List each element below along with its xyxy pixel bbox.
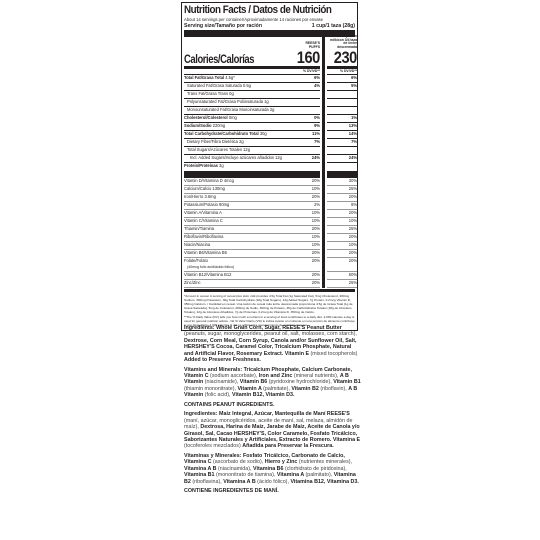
vitamin-dv-cereal: 20% — [312, 258, 320, 271]
nutrient-label: Dietary Fiber/Fibra Dietética — [187, 139, 238, 144]
calories-cereal: 160 — [297, 50, 320, 66]
nutrient-dv-milk: 7% — [327, 139, 357, 147]
nutrient-name: Dietary Fiber/Fibra Dietética 2g — [187, 139, 314, 146]
vitamin-dv-milk: 10% — [327, 242, 357, 250]
vitamin-dv-milk: 8% — [327, 202, 357, 210]
nutrient-name: Total Fat/Grasa Total 4.5g* — [184, 75, 314, 82]
nutrient-amount: 3g — [219, 163, 224, 168]
vitamin-list: Vitamin D/Vitamina D 4mcg20%Calcium/Calc… — [184, 178, 320, 288]
nutrient-dv-cereal: 0% — [314, 115, 320, 122]
allergen-english: CONTAINS PEANUT INGREDIENTS. — [184, 402, 362, 408]
nutrient-dv-milk — [327, 99, 357, 107]
ingredient-detail: (mononitrato de tiamina), — [216, 472, 277, 478]
ingredients-english: Ingredients: Whole Grain Corn, Sugar, RE… — [184, 325, 362, 363]
nutrient-amount: 12g — [275, 155, 282, 160]
label-title: Nutrition Facts / Datos de Nutrición — [184, 4, 331, 17]
nutrient-dv-cereal: 6% — [314, 75, 320, 82]
ingredient-detail: (niacinamide), — [205, 379, 240, 385]
nutrient-dv-cereal: 4% — [314, 83, 320, 90]
vitamin-name: Folate/Folato(40mcg folic acid/ácido fól… — [184, 258, 234, 271]
nutrient-row: Saturated Fat/Grasa Saturada 0.5g4% — [184, 83, 320, 91]
vitamin-dv-cereal: 20% — [312, 178, 320, 185]
ingredient-detail: (pyridoxine hydrochloride), — [269, 379, 333, 385]
ingredient-detail: (palmitate), — [263, 386, 291, 392]
nutrient-dv-cereal: 24% — [312, 155, 320, 162]
vitamin-name: Niacin/Niacina — [184, 242, 210, 249]
vitamins-minerals-english: Vitamins and Minerals: Tricalcium Phosph… — [184, 367, 362, 399]
serving-size: Serving size/Tamaño por ración 1 cup/1 t… — [184, 23, 355, 29]
nutrient-row: Incl. Added Sugars/Incluye azúcares añad… — [184, 155, 320, 163]
nutrient-label: Trans Fat/Grasa Trans — [187, 91, 228, 96]
vitamin-dv-cereal: 10% — [312, 218, 320, 225]
ingredient-bold: Vitamina A B — [223, 479, 257, 485]
ingredient-detail: (peanuts, sugar, monoglycerides, peanut … — [184, 331, 357, 337]
allergen-spanish: CONTIENE INGREDIENTES DE MANÍ. — [184, 488, 362, 494]
ingredient-bold: Vitamin B1 — [333, 379, 361, 385]
nutrient-row: Polyunsaturated Fat/Grasa Poliinsaturada… — [184, 99, 320, 107]
vitamin-dv-milk: 25% — [327, 186, 357, 194]
ingredient-detail: (sodium ascorbate), — [210, 373, 259, 379]
vitamin-dv-milk: 20% — [327, 250, 357, 258]
vitamins-minerals-spanish: Vitaminas y Minerales: Fosfato Tricálcic… — [184, 453, 362, 485]
column-with-milk: with 3/4 cup skim milk/con 3/4 taza de l… — [322, 37, 357, 288]
vitamin-row: Niacin/Niacina10% — [184, 242, 320, 250]
calories-with-milk: 230 — [334, 50, 357, 66]
vitamin-name: Iron/Hierro 3.6mg — [184, 194, 216, 201]
nutrient-name: Protein/Proteínas 3g — [184, 163, 320, 170]
vitamin-dv-cereal: 10% — [312, 210, 320, 217]
vitamin-name: Vitamin B6/Vitamina B6 — [184, 250, 227, 257]
ingredient-bold: Vitamin B12, Vitamin D3. — [232, 392, 294, 398]
nutrient-amount: 4.5g* — [225, 75, 235, 80]
nutrient-label: Saturated Fat/Grasa Saturada — [187, 83, 242, 88]
vitamin-dv-milk: 25% — [327, 280, 357, 288]
nutrient-dv-milk: 24% — [327, 155, 357, 163]
calories-row: Calories/Calorías REESE'S PUFFS 160 — [184, 37, 320, 66]
nutrient-label: Incl. Added Sugars/Incluye azúcares añad… — [190, 155, 274, 160]
ingredient-bold: Vitamina B12, Vitamina D3. — [290, 479, 358, 485]
vitamin-row: Vitamin B6/Vitamina B620% — [184, 250, 320, 258]
nutrient-name: Total Sugars/Azúcares Totales 12g — [187, 147, 320, 154]
ingredient-bold: Vitamin B2 — [291, 386, 320, 392]
nutrient-name: Total Carbohydrate/Carbohidrato Total 30… — [184, 131, 312, 138]
vitamin-name: Calcium/Calcio 130mg — [184, 186, 225, 193]
nutrient-row: Trans Fat/Grasa Trans 0g — [184, 91, 320, 99]
nutrient-amount: 2g — [239, 139, 244, 144]
ingredient-detail: (tocoferoles mezclados) — [184, 443, 242, 449]
vitamin-row: Vitamin D/Vitamina D 4mcg20% — [184, 178, 320, 186]
nutrient-label: Protein/Proteínas — [184, 163, 218, 168]
nutrient-dv-milk — [327, 163, 357, 170]
ingredient-detail: (clorhidrato de piridoxina), — [285, 466, 347, 472]
nutrient-label: Total Fat/Grasa Total — [184, 75, 224, 80]
ingredient-detail: (ascorbato de sodio), — [213, 459, 265, 465]
ingredient-bold: Dextrosa, Harina de Maíz, Jarabe de Maíz… — [184, 424, 360, 443]
ingredient-bold: Vitamina A B — [184, 466, 218, 472]
nutrient-dv-cereal: 11% — [312, 131, 320, 138]
vitamin-row: Folate/Folato(40mcg folic acid/ácido fól… — [184, 258, 320, 272]
vitamin-row: Iron/Hierro 3.6mg20% — [184, 194, 320, 202]
ingredient-detail: (nutrientes minerales), — [299, 459, 352, 465]
footnotes: *Amount in cereal. A serving of cereal p… — [184, 292, 355, 327]
serving-size-label: Serving size/Tamaño por ración — [184, 23, 262, 29]
ingredient-bold: Hierro y Zinc — [265, 459, 299, 465]
nutrient-dv-milk: 14% — [327, 131, 357, 139]
vitamin-name: Riboflavin/Riboflavina — [184, 234, 223, 241]
nutrient-dv-milk: 13% — [327, 123, 357, 131]
nutrient-row: Protein/Proteínas 3g — [184, 163, 320, 170]
vitamin-dv-cereal: 10% — [312, 186, 320, 193]
nutrient-name: Sodium/Sodio 220mg — [184, 123, 314, 130]
vitamin-row: Zinc/Zinc20% — [184, 280, 320, 288]
nutrient-dv-cereal: 7% — [314, 139, 320, 146]
footnote-amount: *Amount in cereal. A serving of cereal p… — [184, 294, 355, 314]
nutrient-row: Monounsaturated Fat/Grasa Monoinsaturada… — [184, 107, 320, 115]
nutrient-amount: 220mg — [213, 123, 226, 128]
nutrient-label: Cholesterol/Colesterol — [184, 115, 228, 120]
nutrient-amount: 0.5g — [243, 83, 251, 88]
vitamin-dv-cereal: 20% — [312, 280, 320, 287]
vitamin-dv-milk: 20% — [327, 210, 357, 218]
ingredient-detail: (mixed tocopherols) — [311, 351, 358, 357]
nutrient-list: Total Fat/Grasa Total 4.5g*6%Saturated F… — [184, 75, 320, 170]
vitamin-dv-cereal: 10% — [312, 242, 320, 249]
vitamin-name: Vitamin D/Vitamina D 4mcg — [184, 178, 234, 185]
nutrient-name: Cholesterol/Colesterol 0mg — [184, 115, 314, 122]
ingredient-bold: Iron and Zinc — [259, 373, 294, 379]
ingredient-bold: Vitamin B6 — [240, 379, 269, 385]
nutrient-name: Polyunsaturated Fat/Grasa Poliinsaturada… — [187, 99, 320, 106]
nutrient-amount: 0g — [229, 91, 234, 96]
vitamin-dv-milk: 20% — [327, 258, 357, 272]
nutrient-name: Incl. Added Sugars/Incluye azúcares añad… — [190, 155, 312, 162]
vitamin-dv-cereal: 2% — [314, 202, 320, 209]
ingredient-bold: Vitamina B1 — [184, 472, 216, 478]
ingredient-detail: (folic acid), — [205, 392, 232, 398]
vitamin-dv-milk: 20% — [327, 194, 357, 202]
vitamin-dv-milk: 20% — [327, 234, 357, 242]
vitamin-row: Vitamin A/Vitamina A10% — [184, 210, 320, 218]
divider-thick — [184, 171, 320, 178]
nutrient-label: Sodium/Sodio — [184, 123, 212, 128]
calories-label: Calories/Calorías — [184, 54, 273, 66]
vitamin-name: Vitamin A/Vitamina A — [184, 210, 222, 217]
vitamin-dv-cereal: 20% — [312, 226, 320, 233]
vitamin-name: Zinc/Zinc — [184, 280, 201, 287]
vitamin-row: Riboflavin/Riboflavina10% — [184, 234, 320, 242]
nutrient-label: Polyunsaturated Fat/Grasa Poliinsaturada — [187, 99, 263, 104]
nutrient-dv-cereal: 9% — [314, 123, 320, 130]
nutrient-dv-milk — [327, 147, 357, 155]
nutrient-name: Trans Fat/Grasa Trans 0g — [187, 91, 320, 98]
serving-size-value: 1 cup/1 taza (28g) — [312, 23, 355, 29]
vitamin-dv-milk: 50% — [327, 272, 357, 280]
divider-thick — [327, 171, 357, 178]
vitamin-row: Vitamin C/Vitamina C10% — [184, 218, 320, 226]
vitamin-dv-cereal: 20% — [312, 194, 320, 201]
vitamin-dv-milk: 30% — [327, 178, 357, 186]
vitamin-row: Thiamin/Tiamina20% — [184, 226, 320, 234]
vitamin-name: Vitamin B12/Vitamina B12 — [184, 272, 231, 279]
nutrient-label: Monounsaturated Fat/Grasa Monoinsaturada — [187, 107, 269, 112]
nutrient-dv-list-milk: 6%5%1%13%14%7%24% — [327, 75, 357, 170]
nutrient-row: Cholesterol/Colesterol 0mg0% — [184, 115, 320, 123]
nutrient-row: Total Fat/Grasa Total 4.5g*6% — [184, 75, 320, 83]
ingredient-bold: Added to Preserve Freshness. — [184, 357, 261, 363]
ingredient-bold: Vitamina B6 — [253, 466, 285, 472]
vitamin-dv-cereal: 10% — [312, 234, 320, 241]
nutrient-row: Total Carbohydrate/Carbohidrato Total 30… — [184, 131, 320, 139]
column-cereal: Calories/Calorías REESE'S PUFFS 160 % DV… — [184, 37, 320, 288]
nutrient-dv-milk: 6% — [327, 75, 357, 83]
vitamin-row: Vitamin B12/Vitamina B1220% — [184, 272, 320, 280]
nutrient-row: Sodium/Sodio 220mg9% — [184, 123, 320, 131]
ingredient-detail: (mineral nutrients), — [294, 373, 340, 379]
vitamin-row: Calcium/Calcio 130mg10% — [184, 186, 320, 194]
nutrient-dv-milk — [327, 107, 357, 115]
ingredient-bold: Vitamin A — [237, 386, 263, 392]
nutrient-amount: 1g — [264, 99, 269, 104]
vitamin-name: Thiamin/Tiamina — [184, 226, 214, 233]
ingredient-detail: (thiamin mononitrate), — [184, 386, 237, 392]
nutrient-amount: 0mg — [229, 115, 237, 120]
nutrient-label: Total Sugars/Azúcares Totales — [187, 147, 242, 152]
nutrient-amount: 12g — [243, 147, 250, 152]
nutrient-label: Total Carbohydrate/Carbohidrato Total — [184, 131, 259, 136]
vitamin-dv-cereal: 20% — [312, 272, 320, 279]
vitamin-dv-milk: 10% — [327, 218, 357, 226]
nutrient-name: Monounsaturated Fat/Grasa Monoinsaturada… — [187, 107, 320, 114]
ingredient-detail: (riboflavina), — [192, 479, 223, 485]
ingredient-detail: (ácido fólico), — [257, 479, 290, 485]
ingredient-detail: (riboflavin), — [320, 386, 348, 392]
nutrient-dv-milk: 1% — [327, 115, 357, 123]
ingredient-bold: Ingredientes: Maíz Integral, Azúcar, Man… — [184, 411, 350, 417]
ingredients-spanish: Ingredientes: Maíz Integral, Azúcar, Man… — [184, 411, 362, 449]
ingredient-bold: Vitamina A — [277, 472, 306, 478]
ingredient-detail: (niacinamida), — [218, 466, 253, 472]
nutrition-facts-panel: Nutrition Facts / Datos de Nutrición Abo… — [181, 2, 358, 331]
nutrient-row: Dietary Fiber/Fibra Dietética 2g7% — [184, 139, 320, 147]
nutrient-amount: 2g — [270, 107, 275, 112]
nutrient-row: Total Sugars/Azúcares Totales 12g — [184, 147, 320, 155]
nutrient-dv-milk — [327, 91, 357, 99]
ingredient-bold: Ingredients: Whole Grain Corn, Sugar, RE… — [184, 325, 342, 331]
vitamin-dv-list-milk: 30%25%20%8%20%10%25%20%10%20%20%50%25% — [327, 178, 357, 288]
ingredient-detail: (palmitato), — [305, 472, 333, 478]
vitamin-dv-cereal: 20% — [312, 250, 320, 257]
nutrient-dv-milk: 5% — [327, 83, 357, 91]
nutrient-amount: 30g — [260, 131, 267, 136]
vitamin-name: Vitamin C/Vitamina C — [184, 218, 223, 225]
nutrient-name: Saturated Fat/Grasa Saturada 0.5g — [187, 83, 314, 90]
vitamin-dv-milk: 25% — [327, 226, 357, 234]
nutrient-columns: Calories/Calorías REESE'S PUFFS 160 % DV… — [184, 37, 355, 288]
vitamin-note: (40mcg folic acid/ácido fólico) — [184, 265, 234, 271]
vitamin-name: Potassium/Potasio 90mg — [184, 202, 229, 209]
vitamin-row: Potassium/Potasio 90mg2% — [184, 202, 320, 210]
ingredients-section: Ingredients: Whole Grain Corn, Sugar, RE… — [184, 325, 362, 498]
calories-row-milk: with 3/4 cup skim milk/con 3/4 taza de l… — [327, 37, 357, 66]
ingredient-bold: Añadida para Preservar la Frescura. — [242, 443, 334, 449]
